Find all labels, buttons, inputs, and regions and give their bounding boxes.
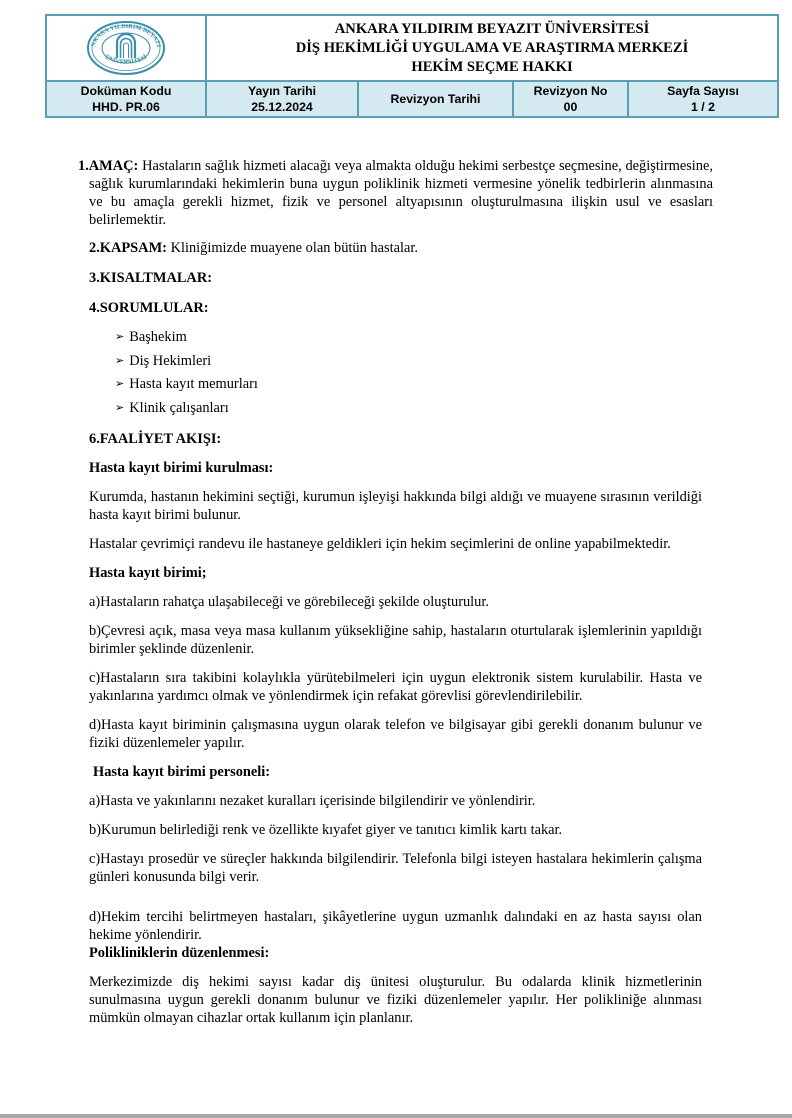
meta-label: Sayfa Sayısı — [629, 83, 777, 99]
meta-label: Yayın Tarihi — [207, 83, 357, 99]
responsibles-list: ➢Başhekim ➢Diş Hekimleri ➢Hasta kayıt me… — [89, 326, 702, 420]
list-item: ➢Hasta kayıt memurları — [115, 373, 702, 397]
institution-name: ANKARA YILDIRIM BEYAZIT ÜNİVERSİTESİ — [207, 20, 777, 39]
list-item: ➢Klinik çalışanları — [115, 397, 702, 421]
subsection-heading-kurulmasi: Hasta kayıt birimi kurulması: — [89, 459, 702, 477]
page-bottom-edge — [0, 1114, 792, 1118]
section-heading-kisaltmalar: 3.KISALTMALAR: — [89, 269, 702, 287]
paragraph: Merkezimizde diş hekimi sayısı kadar diş… — [89, 973, 702, 1027]
paragraph: c)Hastayı prosedür ve süreçler hakkında … — [89, 850, 702, 886]
center-name: DİŞ HEKİMLİĞİ UYGULAMA VE ARAŞTIRMA MERK… — [207, 39, 777, 58]
document-body: 1.AMAÇ: Hastaların sağlık hizmeti alacağ… — [89, 157, 702, 1027]
section-kapsam: 2.KAPSAM: Kliniğimizde muayene olan bütü… — [89, 239, 702, 257]
section-heading-faaliyet: 6.FAALİYET AKIŞI: — [89, 430, 702, 448]
list-item: ➢Başhekim — [115, 326, 702, 350]
meta-label: Revizyon No — [514, 83, 627, 99]
subsection-heading-personel: Hasta kayıt birimi personeli: — [89, 763, 702, 781]
subsection-heading-poliklinik: Polikliniklerin düzenlenmesi: — [89, 944, 702, 962]
meta-label: Revizyon Tarihi — [359, 91, 512, 107]
meta-value: 25.12.2024 — [207, 99, 357, 115]
svg-text:AYBÜ: AYBÜ — [123, 59, 130, 63]
section-amac: 1.AMAÇ: Hastaların sağlık hizmeti alacağ… — [78, 157, 713, 229]
paragraph: b)Çevresi açık, masa veya masa kullanım … — [89, 622, 702, 658]
paragraph: b)Kurumun belirlediği renk ve özellikte … — [89, 821, 702, 839]
paragraph: Kurumda, hastanın hekimini seçtiği, kuru… — [89, 488, 702, 524]
list-item: ➢Diş Hekimleri — [115, 350, 702, 374]
paragraph: a)Hasta ve yakınlarını nezaket kuralları… — [89, 792, 702, 810]
arrowhead-bullet-icon: ➢ — [115, 354, 124, 367]
subsection-heading-birim: Hasta kayıt birimi; — [89, 564, 702, 582]
section-text-amac: Hastaların sağlık hizmeti alacağı veya a… — [89, 158, 713, 228]
university-seal-icon: ANKARA YILDIRIM BEYAZIT ÜNİVERSİTESİ AYB… — [86, 20, 166, 76]
section-heading-kapsam: 2.KAPSAM: — [89, 240, 167, 256]
paragraph: a)Hastaların rahatça ulaşabileceği ve gö… — [89, 593, 702, 611]
arrowhead-bullet-icon: ➢ — [115, 330, 124, 343]
paragraph: c)Hastaların sıra takibini kolaylıkla yü… — [89, 669, 702, 705]
meta-document-code: Doküman Kodu HHD. PR.06 — [46, 81, 206, 117]
logo-cell: ANKARA YILDIRIM BEYAZIT ÜNİVERSİTESİ AYB… — [46, 15, 206, 81]
paragraph: d)Hekim tercihi belirtmeyen hastaları, ş… — [89, 908, 702, 944]
arrowhead-bullet-icon: ➢ — [115, 377, 124, 390]
section-heading-amac: 1.AMAÇ: — [78, 158, 138, 174]
section-heading-sorumlular: 4.SORUMLULAR: — [89, 299, 702, 317]
meta-label: Doküman Kodu — [47, 83, 205, 99]
document-title: HEKİM SEÇME HAKKI — [207, 58, 777, 77]
meta-value: 1 / 2 — [629, 99, 777, 115]
meta-value: 00 — [514, 99, 627, 115]
meta-revision-date: Revizyon Tarihi — [358, 81, 513, 117]
paragraph: d)Hasta kayıt biriminin çalışmasına uygu… — [89, 716, 702, 752]
meta-publish-date: Yayın Tarihi 25.12.2024 — [206, 81, 358, 117]
meta-value: HHD. PR.06 — [47, 99, 205, 115]
document-title-block: ANKARA YILDIRIM BEYAZIT ÜNİVERSİTESİ DİŞ… — [206, 15, 778, 81]
paragraph: Hastalar çevrimiçi randevu ile hastaneye… — [89, 535, 702, 553]
section-text-kapsam: Kliniğimizde muayene olan bütün hastalar… — [171, 240, 418, 256]
arrowhead-bullet-icon: ➢ — [115, 401, 124, 414]
meta-page-count: Sayfa Sayısı 1 / 2 — [628, 81, 778, 117]
document-header-table: ANKARA YILDIRIM BEYAZIT ÜNİVERSİTESİ AYB… — [45, 14, 779, 118]
meta-revision-no: Revizyon No 00 — [513, 81, 628, 117]
